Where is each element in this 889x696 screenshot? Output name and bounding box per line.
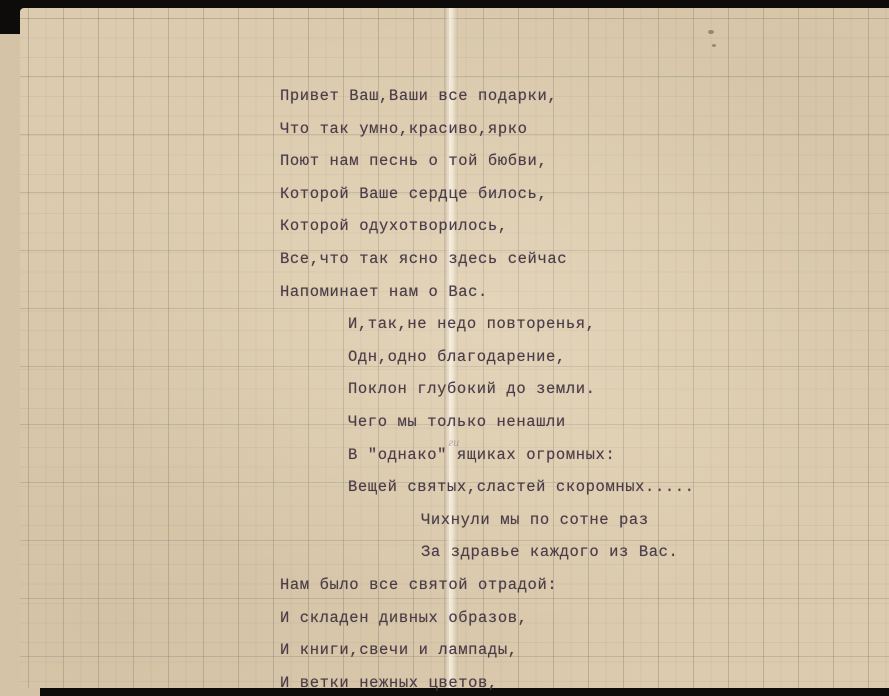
poem-line: Что так умно,красиво,ярко — [280, 113, 695, 146]
poem-text: Привет Ваш,Ваши все подарки, Что так умн… — [280, 80, 695, 696]
ink-smudge — [712, 44, 716, 47]
poem-line: Чего мы только ненашли — [280, 406, 695, 439]
poem-line: И складен дивных образов, — [280, 602, 695, 635]
poem-line: И книги,свечи и лампады, — [280, 634, 695, 667]
poem-line: И ветки нежных цветов, — [280, 667, 695, 696]
poem-line: Чихнули мы по сотне раз — [280, 504, 695, 537]
poem-line: Одн,одно благодарение, — [280, 341, 695, 374]
poem-line: Нам было все святой отрадой: — [280, 569, 695, 602]
poem-line: Которой одухотворилось, — [280, 210, 695, 243]
ink-smudge — [708, 30, 714, 34]
poem-line: Поют нам песнь о той бюбви, — [280, 145, 695, 178]
poem-line: И,так,не недо повторенья, — [280, 308, 695, 341]
poem-line: В "однако" ящиках огромных: — [280, 439, 695, 472]
poem-line: Вещей святых,сластей скоромных..... — [280, 471, 695, 504]
poem-line: За здравье каждого из Вас. — [280, 536, 695, 569]
poem-line: Поклон глубокий до земли. — [280, 373, 695, 406]
poem-line: Все,что так ясно здесь сейчас — [280, 243, 695, 276]
poem-line: Привет Ваш,Ваши все подарки, — [280, 80, 695, 113]
poem-line: Напоминает нам о Вас. — [280, 276, 695, 309]
poem-line: Которой Ваше сердце билось, — [280, 178, 695, 211]
